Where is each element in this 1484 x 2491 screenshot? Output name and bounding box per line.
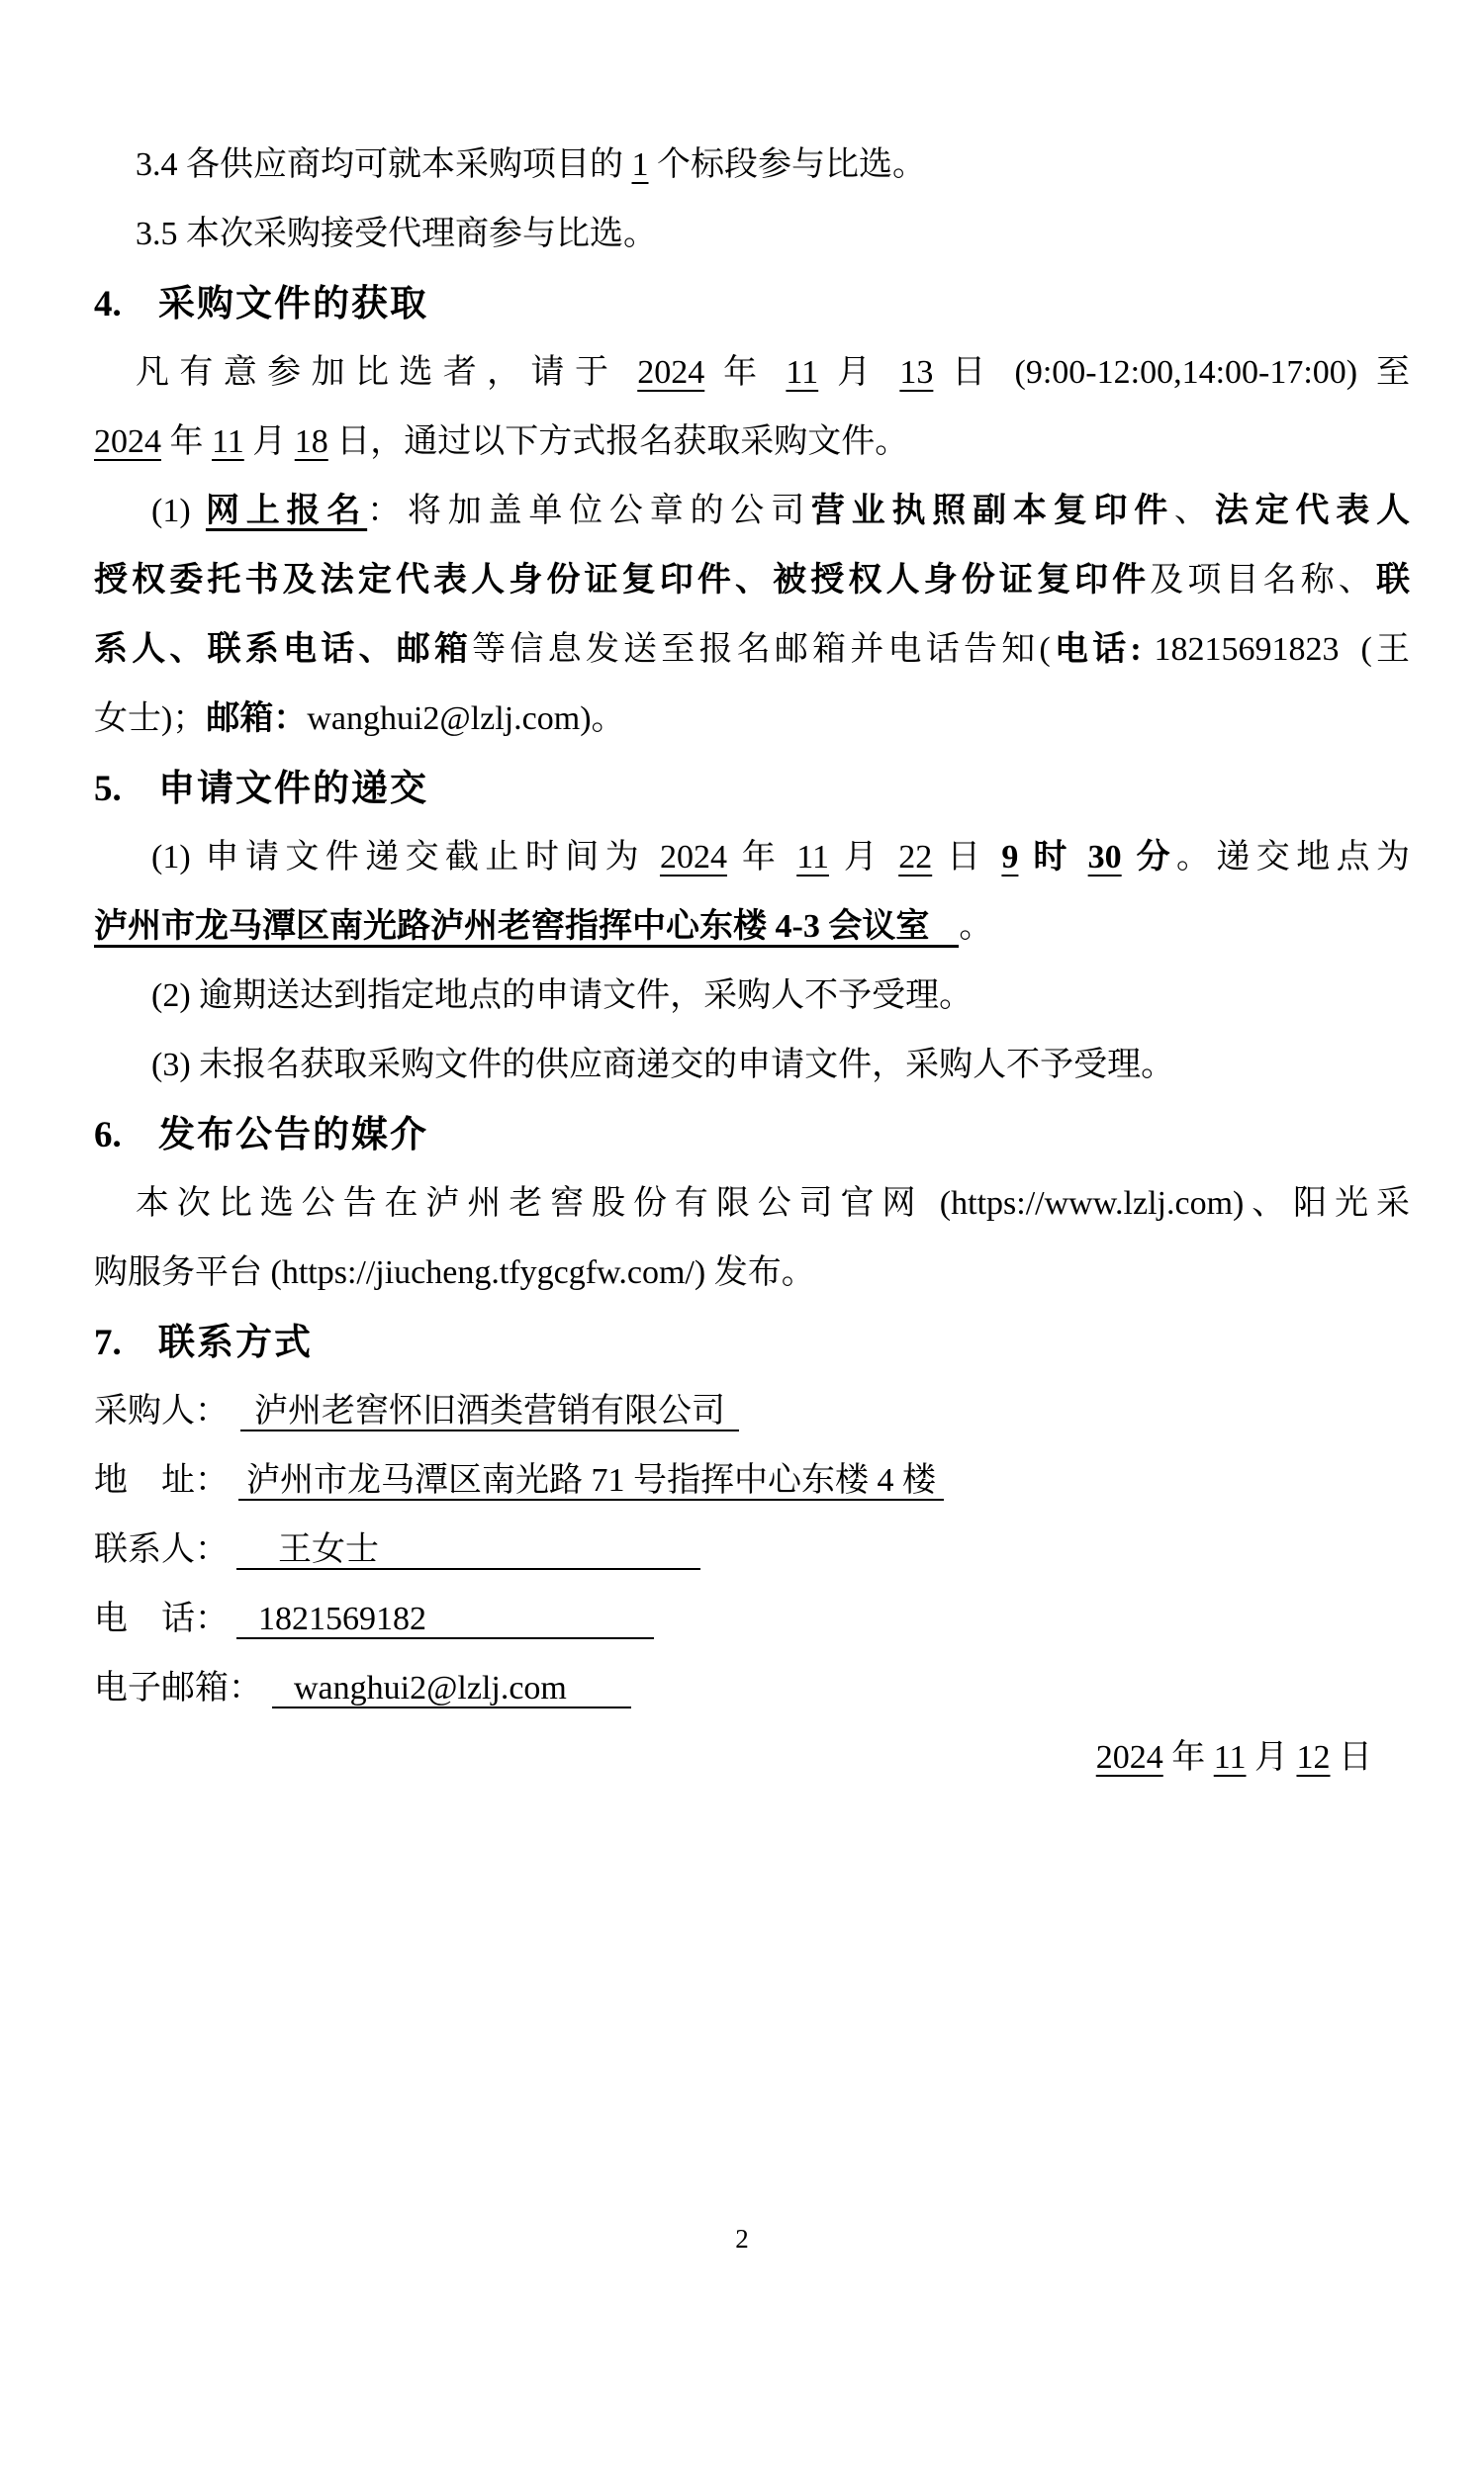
id-copies-bold: 授权委托书及法定代表人身份证复印件、被授权人身份证复印件 [94,562,1150,599]
date-day: 12 [1297,1739,1331,1776]
contact-row-email: 电子邮箱：wanghui2@lzlj.com [94,1654,1410,1723]
text-segment: (1) [151,493,206,529]
text-segment: (1) 申请文件递交截止时间为 [151,839,660,876]
text-segment: 、 [1174,493,1215,529]
license-copy-bold: 营业执照副本复印件 [811,493,1174,529]
submission-address: 泸州市龙马潭区南光路泸州老窖指挥中心东楼 4-3 会议室 [94,908,959,948]
contact-row-address: 地 址：泸州市龙马潭区南光路 71 号指挥中心东楼 4 楼 [94,1446,1410,1516]
heading-number: 7. [94,1309,158,1378]
deadline-hour: 9 [1001,839,1018,876]
clause-3-4: 3.4 各供应商均可就本采购项目的 1 个标段参与比选。 [94,131,1410,200]
online-registration-line-4: 女士)；邮箱：wanghui2@lzlj.com)。 [94,685,1410,754]
text-segment: 个标段参与比选。 [649,146,927,183]
phone-number: 18215691823 [1154,631,1339,668]
page-number: 2 [0,2224,1484,2255]
registration-period-line-2: 2024 年 11 月 18 日，通过以下方式报名获取采购文件。 [94,408,1410,477]
section-7-heading: 7.联系方式 [94,1308,1410,1377]
start-year: 2024 [637,354,704,391]
section-6-heading: 6.发布公告的媒介 [94,1100,1410,1169]
phone-label-bold: 电话: [1051,631,1155,668]
deadline-day: 22 [898,839,932,876]
clause-overdue: (2) 逾期送达到指定地点的申请文件，采购人不予受理。 [94,962,1410,1031]
text-segment: 及项目名称、 [1150,562,1376,599]
online-registration-line-1: (1) 网上报名：将加盖单位公章的公司营业执照副本复印件、法定代表人 [94,477,1410,546]
contact-label: 电 话： [94,1601,229,1637]
text-segment: 。 [959,908,992,945]
purchaser-name: 泸州老窖怀旧酒类营销有限公司 [240,1393,739,1431]
text-segment: 女士)； [94,700,206,737]
text-segment: 月 [829,839,898,876]
start-day: 13 [899,354,933,391]
contact-row-person: 联系人：王女士 [94,1516,1410,1585]
contact-person: 王女士 [236,1531,700,1570]
text-segment: 时 [1018,839,1087,876]
text-segment: 购服务平台 (https://jiucheng.tfygcgfw.com/) 发… [94,1254,815,1291]
submission-deadline-line: (1) 申请文件递交截止时间为 2024 年 11 月 22 日 9 时 30 … [94,823,1410,892]
text-segment: (王 [1360,631,1410,668]
online-registration-label: 网上报名 [206,493,367,529]
deadline-minute: 30 [1088,839,1122,876]
online-registration-line-2: 授权委托书及法定代表人身份证复印件、被授权人身份证复印件及项目名称、联 [94,546,1410,615]
contact-label: 电子邮箱： [94,1670,262,1707]
text-segment: 年 [1163,1739,1214,1776]
announcement-media-line-1: 本次比选公告在泸州老窖股份有限公司官网 (https://www.lzlj.co… [94,1169,1410,1239]
text-segment: 日 [1331,1739,1373,1776]
contact-label: 地 址： [94,1462,229,1499]
text-segment: (3) 未报名获取采购文件的供应商递交的申请文件，采购人不予受理。 [151,1047,1174,1083]
section-5-heading: 5.申请文件的递交 [94,754,1410,823]
text-segment: 月 [244,423,295,460]
deadline-month: 11 [796,839,829,876]
text-segment: 等信息发送至报名邮箱并电话告知( [472,631,1051,668]
text-segment: 凡有意参加比选者，请于 [136,354,637,391]
email-label-bold: 邮箱： [206,700,307,737]
deadline-year: 2024 [660,839,727,876]
text-segment: 日 (9:00-12:00,14:00-17:00) 至 [933,354,1410,391]
online-registration-line-3: 系人、联系电话、邮箱等信息发送至报名邮箱并电话告知(电话: 1821569182… [94,615,1410,685]
end-month: 11 [212,423,244,460]
text-segment: 3.5 本次采购接受代理商参与比选。 [136,216,657,252]
text-segment: 月 [818,354,899,391]
contact-email: wanghui2@lzlj.com [272,1670,631,1708]
text-segment: 日 [932,839,1001,876]
contact-label: 采购人： [94,1393,229,1430]
purchaser-address: 泸州市龙马潭区南光路 71 号指挥中心东楼 4 楼 [238,1462,944,1501]
text-segment: (2) 逾期送达到指定地点的申请文件，采购人不予受理。 [151,977,973,1014]
registration-email: wanghui2@lzlj.com)。 [307,700,624,737]
legal-representative-bold: 法定代表人 [1215,493,1410,529]
lot-count-underlined: 1 [632,146,649,183]
text-segment: ：将加盖单位公章的公司 [367,493,811,529]
text-segment: 日，通过以下方式报名获取采购文件。 [328,423,909,460]
heading-number: 5. [94,755,158,824]
document-page: 3.4 各供应商均可就本采购项目的 1 个标段参与比选。 3.5 本次采购接受代… [0,0,1484,2491]
heading-title: 申请文件的递交 [158,768,428,808]
contact-row-purchaser: 采购人：泸州老窖怀旧酒类营销有限公司 [94,1377,1410,1446]
heading-number: 4. [94,270,158,339]
text-segment: 月 [1247,1739,1297,1776]
date-year: 2024 [1096,1739,1163,1776]
heading-number: 6. [94,1101,158,1170]
text-segment: 。递交地点为 [1176,839,1410,876]
heading-title: 采购文件的获取 [158,283,428,323]
contact-row-phone: 电 话：1821569182 [94,1585,1410,1654]
start-month: 11 [786,354,818,391]
contact-bold-start: 联 [1376,562,1410,599]
clause-unregistered: (3) 未报名获取采购文件的供应商递交的申请文件，采购人不予受理。 [94,1031,1410,1100]
text-segment: 年 [161,423,212,460]
text-segment: 分 [1122,839,1176,876]
contact-info-bold: 系人、联系电话、邮箱 [94,631,472,668]
heading-title: 发布公告的媒介 [158,1114,428,1154]
date-month: 11 [1214,1739,1247,1776]
announcement-media-line-2: 购服务平台 (https://jiucheng.tfygcgfw.com/) 发… [94,1239,1410,1308]
text-segment: 3.4 各供应商均可就本采购项目的 [136,146,632,183]
end-year: 2024 [94,423,161,460]
text-segment: 本次比选公告在泸州老窖股份有限公司官网 (https://www.lzlj.co… [136,1185,1410,1222]
contact-label: 联系人： [94,1531,229,1568]
submission-location-line: 泸州市龙马潭区南光路泸州老窖指挥中心东楼 4-3 会议室。 [94,892,1410,962]
section-4-heading: 4.采购文件的获取 [94,269,1410,338]
heading-title: 联系方式 [158,1322,313,1362]
text-segment: 年 [704,354,786,391]
end-day: 18 [295,423,328,460]
document-date: 2024 年 11 月 12 日 [94,1723,1410,1793]
text-segment: 年 [727,839,796,876]
clause-3-5: 3.5 本次采购接受代理商参与比选。 [94,200,1410,269]
registration-period-line-1: 凡有意参加比选者，请于 2024 年 11 月 13 日 (9:00-12:00… [94,338,1410,408]
document-content: 3.4 各供应商均可就本采购项目的 1 个标段参与比选。 3.5 本次采购接受代… [0,0,1484,1793]
contact-phone: 1821569182 [236,1601,654,1639]
